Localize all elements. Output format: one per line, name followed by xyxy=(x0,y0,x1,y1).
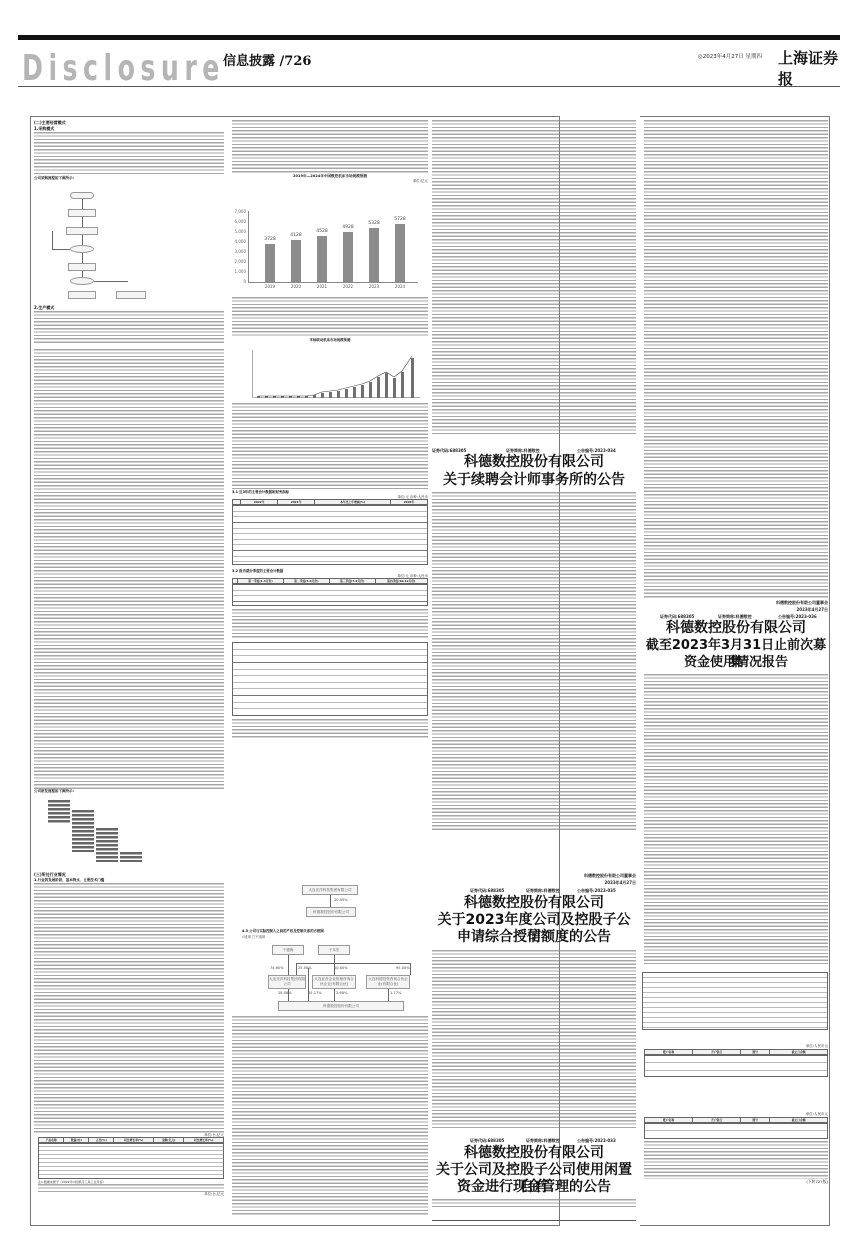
ownership-pct: 10.00% xyxy=(334,966,348,970)
bar-value: 5328 xyxy=(362,221,386,226)
ownership-pct: 1.77% xyxy=(390,991,401,995)
announcement-title-line: 资金使用情况报告 xyxy=(644,654,828,671)
company-box: 科德数控股份有限公司 xyxy=(306,907,356,917)
ownership-arrow xyxy=(330,895,331,907)
bottom-rule xyxy=(432,1220,636,1221)
signature-date: 2023年4月27日 xyxy=(500,880,636,886)
org-caption: 公司研发流程如下图所示: xyxy=(34,789,224,794)
ownership-pct: 15.17% xyxy=(308,991,322,995)
announcement-company: 科德数控股份有限公司 xyxy=(644,620,828,637)
body-text xyxy=(232,609,428,639)
bar-value: 5728 xyxy=(388,217,412,222)
middle-text-4 xyxy=(232,1016,428,1216)
left-column-text-2: 2.生产模式 公司研发流程如下图所示: xyxy=(34,305,224,794)
holding-company-box: 大连光洋科技集团有限公司 xyxy=(268,975,306,989)
machine-tool-table: 产品名称 数量(台) 占比(%) 同比增长率(%) 金额(亿元) 同比增长率(%… xyxy=(38,1137,224,1197)
body-text xyxy=(432,950,636,1130)
announcement-body xyxy=(644,674,828,964)
col-header: 数量(台) xyxy=(64,1138,89,1143)
body-text xyxy=(232,719,428,739)
x-tick: 2019 xyxy=(260,284,280,289)
stock-code: 证券代码:688305 xyxy=(470,888,504,894)
y-tick: 2,000 xyxy=(230,259,246,264)
diagram-block xyxy=(96,828,118,862)
left-column-text-3: (三)所处行业情况 1.行业的发展阶段、基本特点、主要技术门槛 单位:台,亿元 xyxy=(34,872,224,1138)
flow-step xyxy=(68,263,96,271)
flow-connector xyxy=(82,217,83,227)
left-column: (二)主要经营模式 1.采购模式 公司采购流程如下图所示: xyxy=(34,120,224,181)
announcement-body xyxy=(432,1199,636,1207)
disclosure-wordmark: Disclosure xyxy=(22,48,225,89)
body-text xyxy=(232,120,428,174)
y-tick: 5,000 xyxy=(230,229,246,234)
x-tick: 2022 xyxy=(338,284,358,289)
continued-note: (下转727版) xyxy=(644,1179,828,1185)
flow-step xyxy=(68,209,96,217)
col-header: 同比增长率(%) xyxy=(184,1138,224,1143)
right-column-text-1 xyxy=(644,120,828,598)
body-text xyxy=(34,132,224,176)
chart-unit: 单位:亿元 xyxy=(232,179,428,184)
col-header: 2022年 xyxy=(241,500,278,505)
table-body xyxy=(232,584,428,606)
body-text xyxy=(34,349,224,789)
signature-date: 2023年4月27日 xyxy=(700,607,828,613)
col-header: 截止日余额 xyxy=(770,1050,828,1055)
market-size-bar-chart: 0 1,000 2,000 3,000 4,000 5,000 6,000 7,… xyxy=(248,211,418,283)
y-tick: 6,000 xyxy=(230,219,246,224)
bar-value: 3728 xyxy=(258,237,282,242)
body-text xyxy=(644,120,828,598)
bar-2020 xyxy=(291,240,301,282)
col-header: 第四季度(10-12月份) xyxy=(375,579,427,584)
board-signature: 科德数控股份有限公司董事会 xyxy=(500,873,636,879)
section-title: 信息披露 /726 xyxy=(223,50,311,69)
flow-connector xyxy=(82,253,83,263)
y-tick: 7,000 xyxy=(230,209,246,214)
flow-step xyxy=(116,291,146,299)
bar-2019 xyxy=(265,244,275,282)
notice-number: 公告编号:2023-033 xyxy=(577,1138,616,1144)
ownership-line xyxy=(296,963,410,964)
col-header: 开户银行 xyxy=(693,1050,741,1055)
listed-company-box: 科德数控股份有限公司 xyxy=(278,1001,404,1011)
col-header: 截止日余额 xyxy=(770,1118,828,1123)
y-tick: 0 xyxy=(230,279,246,284)
col-header: 金额(亿元) xyxy=(154,1138,184,1143)
diagram-block xyxy=(120,852,142,862)
body-text xyxy=(38,1184,224,1192)
shareholder-table xyxy=(232,642,428,716)
table-unit: 单位:台,亿元 xyxy=(38,1192,224,1197)
flow-connector xyxy=(82,199,83,209)
col-header: 占比(%) xyxy=(89,1138,114,1143)
col-header: 账户名称 xyxy=(645,1050,693,1055)
ownership-line xyxy=(308,968,309,1001)
col-header: 2021年 xyxy=(278,500,315,505)
flow-start xyxy=(70,192,94,199)
multi-axis-market-chart xyxy=(252,350,420,398)
ownership-pct: 20.05% xyxy=(334,898,348,902)
controller-box-2: 于本宏 xyxy=(318,945,350,955)
bar-value: 4128 xyxy=(284,233,308,238)
table-body xyxy=(232,505,428,565)
table-body xyxy=(38,1143,224,1179)
controller-box-1: 于德海 xyxy=(272,945,304,955)
ownership-pct: 25.00% xyxy=(298,966,312,970)
col-header: 第三季度(7-9月份) xyxy=(329,579,375,584)
announcement-body xyxy=(432,950,636,1130)
announcement-title-line: 申请综合授信额度的公告 xyxy=(432,929,636,946)
x-tick: 2024 xyxy=(390,284,410,289)
col-header: 产品名称 xyxy=(39,1138,64,1143)
ownership-line xyxy=(288,955,289,975)
col-header: 2020年 xyxy=(391,500,428,505)
newspaper-logo: 上海证券报 xyxy=(778,47,840,89)
bar-2023 xyxy=(369,228,379,282)
flow-connector xyxy=(82,235,83,245)
ownership-line xyxy=(388,989,389,1001)
partnership-box-2: 大连科德投资咨询合伙企业(有限合伙) xyxy=(366,975,410,989)
flow-connector xyxy=(52,249,70,250)
ownership-pct: 74.60% xyxy=(270,966,284,970)
ownership-line xyxy=(296,963,297,975)
notice-number: 公告编号:2023-035 xyxy=(577,888,616,894)
masthead-rule xyxy=(18,86,840,87)
masthead: Disclosure 信息披露 /726 ◎2023年4月27日 星期四 上海证… xyxy=(18,44,840,88)
col-header: 账号 xyxy=(741,1050,770,1055)
body-text xyxy=(432,120,636,436)
announcement-body xyxy=(432,492,636,832)
body-text xyxy=(432,1199,636,1207)
body-text xyxy=(232,1016,428,1216)
announcement-company: 科德数控股份有限公司 xyxy=(432,454,636,471)
col-header: 账户名称 xyxy=(645,1118,693,1123)
ownership-pct: 28.08% xyxy=(278,991,292,995)
y-tick: 1,000 xyxy=(230,269,246,274)
announcement-company: 科德数控股份有限公司 xyxy=(432,1145,636,1162)
fund-usage-table xyxy=(642,972,828,1030)
issue-date: ◎2023年4月27日 星期四 xyxy=(698,52,762,60)
y-tick: 3,000 xyxy=(230,249,246,254)
x-tick: 2020 xyxy=(286,284,306,289)
diagram-block xyxy=(72,810,94,852)
bar-2021 xyxy=(317,236,327,282)
table-body xyxy=(644,1123,828,1139)
flow-step xyxy=(66,227,98,235)
table-body xyxy=(642,972,828,1030)
ownership-line xyxy=(334,955,335,963)
rd-process-diagram xyxy=(48,800,218,870)
announcement-title-line: 资金进行现金管理的公告 xyxy=(432,1179,636,1196)
combo-bar-line xyxy=(253,350,421,398)
body-text xyxy=(644,1141,828,1179)
applicability-check: √适用 □不适用 xyxy=(242,934,265,939)
middle-column: 2019年—2024年中国数控机床市场规模预测 单位:亿元 xyxy=(232,120,428,184)
procurement-flowchart xyxy=(40,192,190,300)
flow-decision xyxy=(70,277,94,285)
partnership-box-1: 大连亚首企业管理咨询合伙企业(有限合伙) xyxy=(312,975,356,989)
col-header: 第一季度(1-3月份) xyxy=(238,579,284,584)
flow-connector xyxy=(52,231,53,249)
flow-decision xyxy=(70,245,94,253)
col-header: 第二季度(4-6月份) xyxy=(283,579,329,584)
col-header: 本年比上年增减(%) xyxy=(315,500,391,505)
bank-account-table-2: 单位:人民币元 账户名称 开户银行 账号 截止日余额 (下转727版) xyxy=(644,1112,828,1185)
col-header: 同比增长率(%) xyxy=(114,1138,154,1143)
body-text xyxy=(232,297,428,337)
bar-value: 4528 xyxy=(310,229,334,234)
body-text xyxy=(232,403,428,489)
board-signature: 科德数控股份有限公司董事会 xyxy=(700,600,828,606)
x-tick: 2023 xyxy=(364,284,384,289)
body-text xyxy=(34,311,224,345)
table-body xyxy=(644,1055,828,1077)
body-text xyxy=(432,492,636,832)
ownership-line xyxy=(410,963,411,975)
ownership-pct: 95.00% xyxy=(396,966,410,970)
bar-value: 4928 xyxy=(336,225,360,230)
bar-2024 xyxy=(395,224,405,282)
stock-name: 证券简称:科德数控 xyxy=(526,1138,560,1144)
col-header: 开户银行 xyxy=(693,1118,741,1123)
stock-name: 证券简称:科德数控 xyxy=(526,888,560,894)
control-diagram-caption: 4.3 公司与实际控制人之间的产权及控制关系的方框图 xyxy=(242,928,324,933)
bar-2022 xyxy=(343,232,353,282)
top-rule xyxy=(18,35,840,40)
middle-text-3: 3.1 近3年的主要会计数据和财务指标 单位:元 币种:人民币 2022年 20… xyxy=(232,403,428,739)
flowchart-caption: 公司采购流程如下图所示: xyxy=(34,176,224,181)
center-column-text-1 xyxy=(432,120,636,436)
ownership-line xyxy=(334,989,335,1001)
stock-code: 证券代码:688305 xyxy=(470,1138,504,1144)
middle-text-2: 多轴联动机床市场规模预测 xyxy=(232,297,428,342)
chart2-title: 多轴联动机床市场规模预测 xyxy=(232,337,428,342)
announcement-title: 关于续聘会计师事务所的公告 xyxy=(432,472,636,489)
x-tick: 2021 xyxy=(312,284,332,289)
col-header xyxy=(233,500,241,505)
flow-connector xyxy=(94,281,128,282)
ownership-pct: 2.68% xyxy=(336,991,347,995)
body-text xyxy=(34,883,224,1133)
parent-company-box: 大连光洋科技集团有限公司 xyxy=(302,885,358,895)
announcement-company: 科德数控股份有限公司 xyxy=(432,895,636,912)
flow-step xyxy=(68,291,96,299)
diagram-block xyxy=(48,800,70,824)
body-text xyxy=(644,674,828,964)
y-tick: 4,000 xyxy=(230,239,246,244)
col-header: 账号 xyxy=(741,1118,770,1123)
bank-account-table-1: 单位:人民币元 账户名称 开户银行 账号 截止日余额 xyxy=(644,1044,828,1077)
